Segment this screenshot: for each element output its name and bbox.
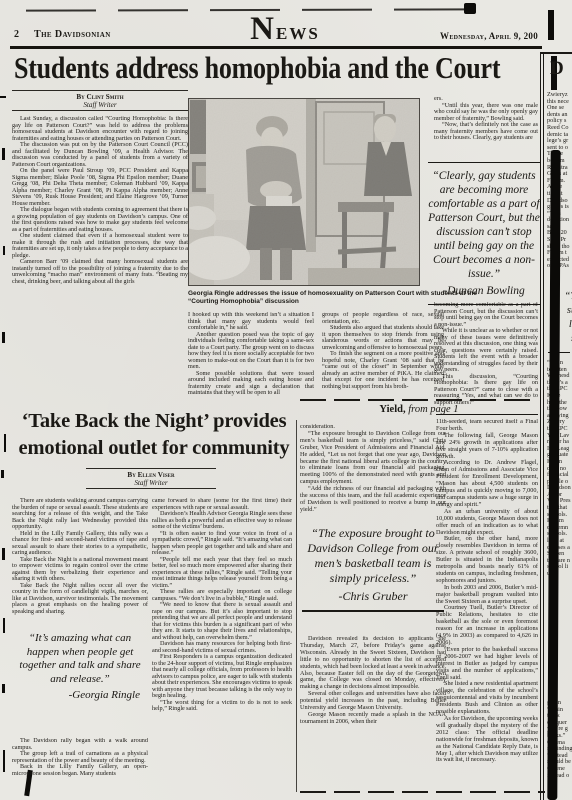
paragraph: As for Davidson, the upcoming weeks will… — [436, 716, 538, 764]
yield-slug: Yield, — [379, 404, 405, 415]
article2-headline: ‘Take Back the Night’ provides emotional… — [14, 408, 294, 462]
issue-date: Wednesday, April 9, 200 — [330, 31, 538, 41]
pull-quote-attribution: -Georgia Ringle — [14, 689, 146, 703]
column-rule — [296, 420, 297, 792]
scan-artifact — [1, 470, 4, 478]
paragraph: According to Dr. Andrew Flagel, Dean of … — [436, 460, 538, 508]
paragraph: While it is unclear as to whether or not… — [434, 328, 538, 374]
scan-artifact — [2, 684, 5, 693]
paragraph: This discussion, “Courting Homophobia: I… — [434, 374, 538, 407]
scan-artifact — [2, 332, 5, 343]
paragraph: I hooked up with this weekend isn’t a si… — [188, 312, 314, 332]
pull-quote-text: “The exposure brought to Davidson Colleg… — [302, 526, 444, 586]
article2-headline-line2: emotional outlet for community — [14, 435, 294, 462]
paragraph: Students also argued that students shoul… — [322, 325, 444, 351]
yield-column-1: consideration.“The exposure brought to D… — [300, 424, 446, 520]
article-photo — [188, 98, 420, 286]
paragraph: As an urban university of about 10,000 s… — [436, 509, 538, 537]
sidebar-top-rule — [540, 52, 572, 54]
article2-column-1: There are students walking around campus… — [12, 498, 148, 626]
scan-artifact — [2, 548, 5, 560]
scan-artifact — [4, 434, 6, 452]
scan-artifact — [3, 246, 5, 255]
scan-artifact — [3, 750, 5, 772]
paragraph: One student claimed that even if a homos… — [12, 233, 188, 259]
paragraph: “We need to know that there is sexual as… — [152, 602, 292, 641]
article2-column-1-tail: The Davidson rally began with a walk aro… — [12, 738, 148, 796]
pull-quote-attribution: -Chris Gruber — [302, 589, 444, 604]
yield-column-2: 11th-seeded, team secured itself a Final… — [436, 419, 538, 791]
paragraph: The dialogue began with students coming … — [12, 207, 188, 233]
paragraph: The discussion was put on by the Patters… — [12, 142, 188, 168]
article1-byline: By Clint Smith Staff Writer — [12, 90, 188, 111]
pull-quote-duncan: “Clearly, gay students are becoming more… — [428, 162, 540, 305]
yield-top-rule — [300, 399, 538, 401]
byline-author: By Ellen Viser — [86, 471, 216, 479]
header-rule — [10, 46, 542, 49]
yield-column-1-tail: Davidson revealed its decision to applic… — [300, 636, 446, 764]
paragraph: “Even prior to the basketball success of… — [436, 647, 538, 682]
paragraph: “The exposure brought to Davidson Colleg… — [300, 431, 446, 486]
yield-col2-rule — [436, 414, 538, 415]
masthead-title: The Davidsonian — [34, 29, 111, 40]
article2-column-2: came forward to share (some for the firs… — [152, 498, 292, 796]
paragraph: “It is often easier to find your voice i… — [152, 531, 292, 557]
byline-role: Staff Writer — [86, 479, 216, 487]
paragraph: Cameron Barr ’09 claimed that many homos… — [12, 259, 188, 285]
yield-bottom-rule — [300, 791, 545, 793]
paragraph: Several other colleges and universities … — [300, 691, 446, 712]
paragraph: “Now, that’s definitely not the case as … — [434, 122, 538, 142]
paragraph: First Responders is a campus organizatio… — [152, 654, 292, 700]
paragraph: Back in the Lilly Family Gallery, an ope… — [12, 764, 148, 777]
paragraph: In both 2003 and 2006, Butler’s mid-majo… — [436, 585, 538, 606]
paragraph: To finish the segment on a more positive… — [322, 351, 444, 390]
paragraph: Take Back the Night rallies occur all ov… — [12, 583, 148, 616]
scan-artifact — [2, 148, 5, 160]
paragraph: Take Back the Night is a national moveme… — [12, 557, 148, 583]
scan-artifact — [0, 96, 6, 98]
article2-headline-line1: ‘Take Back the Night’ provides — [14, 408, 294, 435]
paragraph: Held in the Lilly Family Gallery, this r… — [12, 531, 148, 557]
paragraph: Davidson’s Health Advisor Georgia Ringle… — [152, 511, 292, 531]
paragraph: She listed a new residential apartment v… — [436, 681, 538, 716]
paragraph: Some possible solutions that were tossed… — [188, 371, 314, 397]
scan-artifact — [3, 618, 5, 633]
pull-quote-text: “Clearly, gay students are becoming more… — [428, 169, 540, 281]
article1-column-4-bottom: becoming more comfortable as a part of P… — [434, 302, 538, 412]
paragraph: On the panel were Paul Stroup ’09, PCC P… — [12, 168, 188, 207]
pull-quote-text: “It’s amazing what can happen when peopl… — [14, 632, 146, 686]
paragraph: becoming more comfortable as a part of P… — [434, 302, 538, 328]
pull-quote-georgia: “It’s amazing what can happen when peopl… — [14, 632, 146, 703]
byline-author: By Clint Smith — [12, 93, 188, 101]
sidebar-border-inner — [543, 54, 544, 800]
paragraph: Another question posed was the topic of … — [188, 332, 314, 371]
paragraph: “People tell me each year that they feel… — [152, 557, 292, 590]
article1-column-2: I hooked up with this weekend isn’t a si… — [188, 312, 314, 412]
paragraph: The following fall, George Mason saw 24%… — [436, 433, 538, 461]
sidebar-border — [540, 52, 541, 800]
paragraph: George Mason recently made a splash in t… — [300, 712, 446, 726]
paragraph: Davidson revealed its decision to applic… — [300, 636, 446, 691]
photo-illustration — [188, 98, 420, 286]
paragraph: “Add the richness of our financial aid p… — [300, 486, 446, 514]
paragraph: Butler, on the other hand, more closely … — [436, 536, 538, 584]
paragraph: There are students walking around campus… — [12, 498, 148, 531]
paragraph: Courtney Tuell, Butler’s Director of Pub… — [436, 605, 538, 646]
paragraph: “The worst thing for a victim to do is n… — [152, 700, 292, 713]
paragraph: Last Sunday, a discussion called “Courti… — [12, 116, 188, 142]
paragraph: “Until this year, there was one male who… — [434, 103, 538, 123]
article1-headline: Students address homophobia and the Cour… — [14, 50, 500, 86]
article1-column-4: ers.“Until this year, there was one male… — [434, 96, 538, 160]
page-number: 2 — [14, 29, 19, 40]
pull-quote-attribution: -Duncan Bowling — [428, 284, 540, 298]
article1-column-1: Last Sunday, a discussion called “Courti… — [12, 116, 188, 368]
article1-headline-wrap: Students address homophobia and the Cour… — [14, 50, 572, 86]
paragraph: 11th-seeded, team secured itself a Final… — [436, 419, 538, 433]
newspaper-page: 2 The Davidsonian News Wednesday, April … — [0, 0, 572, 800]
article2-byline: By Ellen Viser Staff Writer — [86, 468, 216, 489]
scan-artifact — [548, 10, 554, 40]
scan-artifact — [464, 3, 476, 14]
sidebar-headline-fragment: D — [550, 58, 564, 80]
byline-role: Staff Writer — [12, 101, 188, 109]
pull-quote-chris: “The exposure brought to Davidson Colleg… — [302, 526, 444, 612]
